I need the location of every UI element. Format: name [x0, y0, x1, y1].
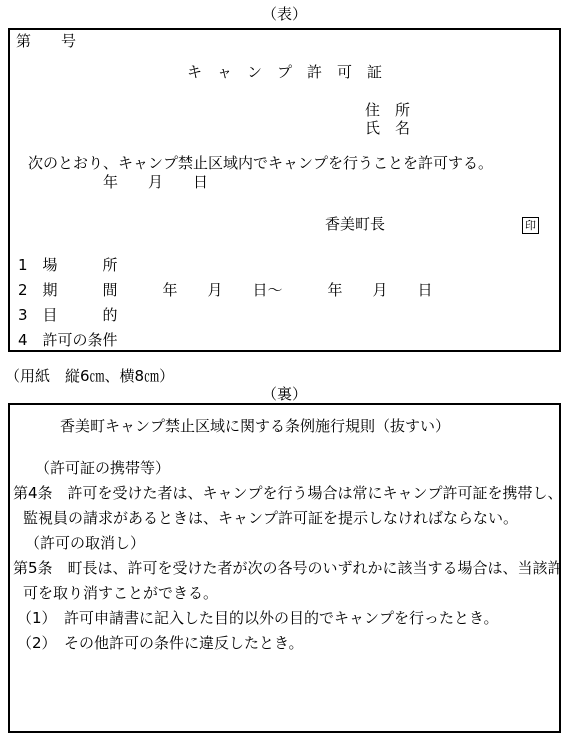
rules-title: 香美町キャンプ禁止区域に関する条例施行規則（抜すい）: [60, 418, 450, 435]
mayor-title: 香美町長: [325, 216, 385, 233]
item-place: 1 場 所: [18, 257, 118, 274]
rules-back-box: 香美町キャンプ禁止区域に関する条例施行規則（抜すい） （許可証の携帯等） 第4条…: [8, 403, 561, 733]
back-side-label: （裏）: [0, 383, 569, 404]
item-conditions: 4 許可の条件: [18, 332, 118, 349]
rule-article5-line1: 第5条 町長は、許可を受けた者が次の各号のいずれかに該当する場合は、当該許: [13, 560, 561, 577]
name-label: 氏 名: [365, 120, 410, 137]
rule-item-1: （1） 許可申請書に記入した目的以外の目的でキャンプを行ったとき。: [17, 610, 498, 627]
seal-mark: 印: [522, 216, 539, 234]
permit-title: キ ャ ン プ 許 可 証: [10, 64, 559, 81]
rule-item-2: （2） その他許可の条件に違反したとき。: [17, 635, 303, 652]
permission-sentence: 次のとおり、キャンプ禁止区域内でキャンプを行うことを許可する。: [28, 155, 493, 172]
address-label: 住 所: [365, 102, 410, 119]
item-purpose: 3 目 的: [18, 307, 118, 324]
front-side-label: （表）: [0, 3, 569, 24]
rule-heading-carry: （許可証の携帯等）: [35, 460, 170, 477]
rule-heading-revoke: （許可の取消し）: [25, 535, 145, 552]
seal-icon: 印: [522, 217, 539, 234]
item-period: 2 期 間 年 月 日～ 年 月 日: [18, 282, 433, 299]
rule-article4-line2: 監視員の請求があるときは、キャンプ許可証を提示しなければならない。: [23, 510, 518, 527]
document-page: （表） 第 号 キ ャ ン プ 許 可 証 住 所 氏 名 次のとおり、キャンプ…: [0, 0, 569, 739]
permit-number-line: 第 号: [16, 33, 76, 50]
rule-article5-line2: 可を取り消すことができる。: [23, 585, 218, 602]
rule-article4-line1: 第4条 許可を受けた者は、キャンプを行う場合は常にキャンプ許可証を携帯し、: [13, 485, 561, 502]
issue-date-line: 年 月 日: [103, 174, 208, 191]
permit-front-box: 第 号 キ ャ ン プ 許 可 証 住 所 氏 名 次のとおり、キャンプ禁止区域…: [8, 28, 561, 352]
